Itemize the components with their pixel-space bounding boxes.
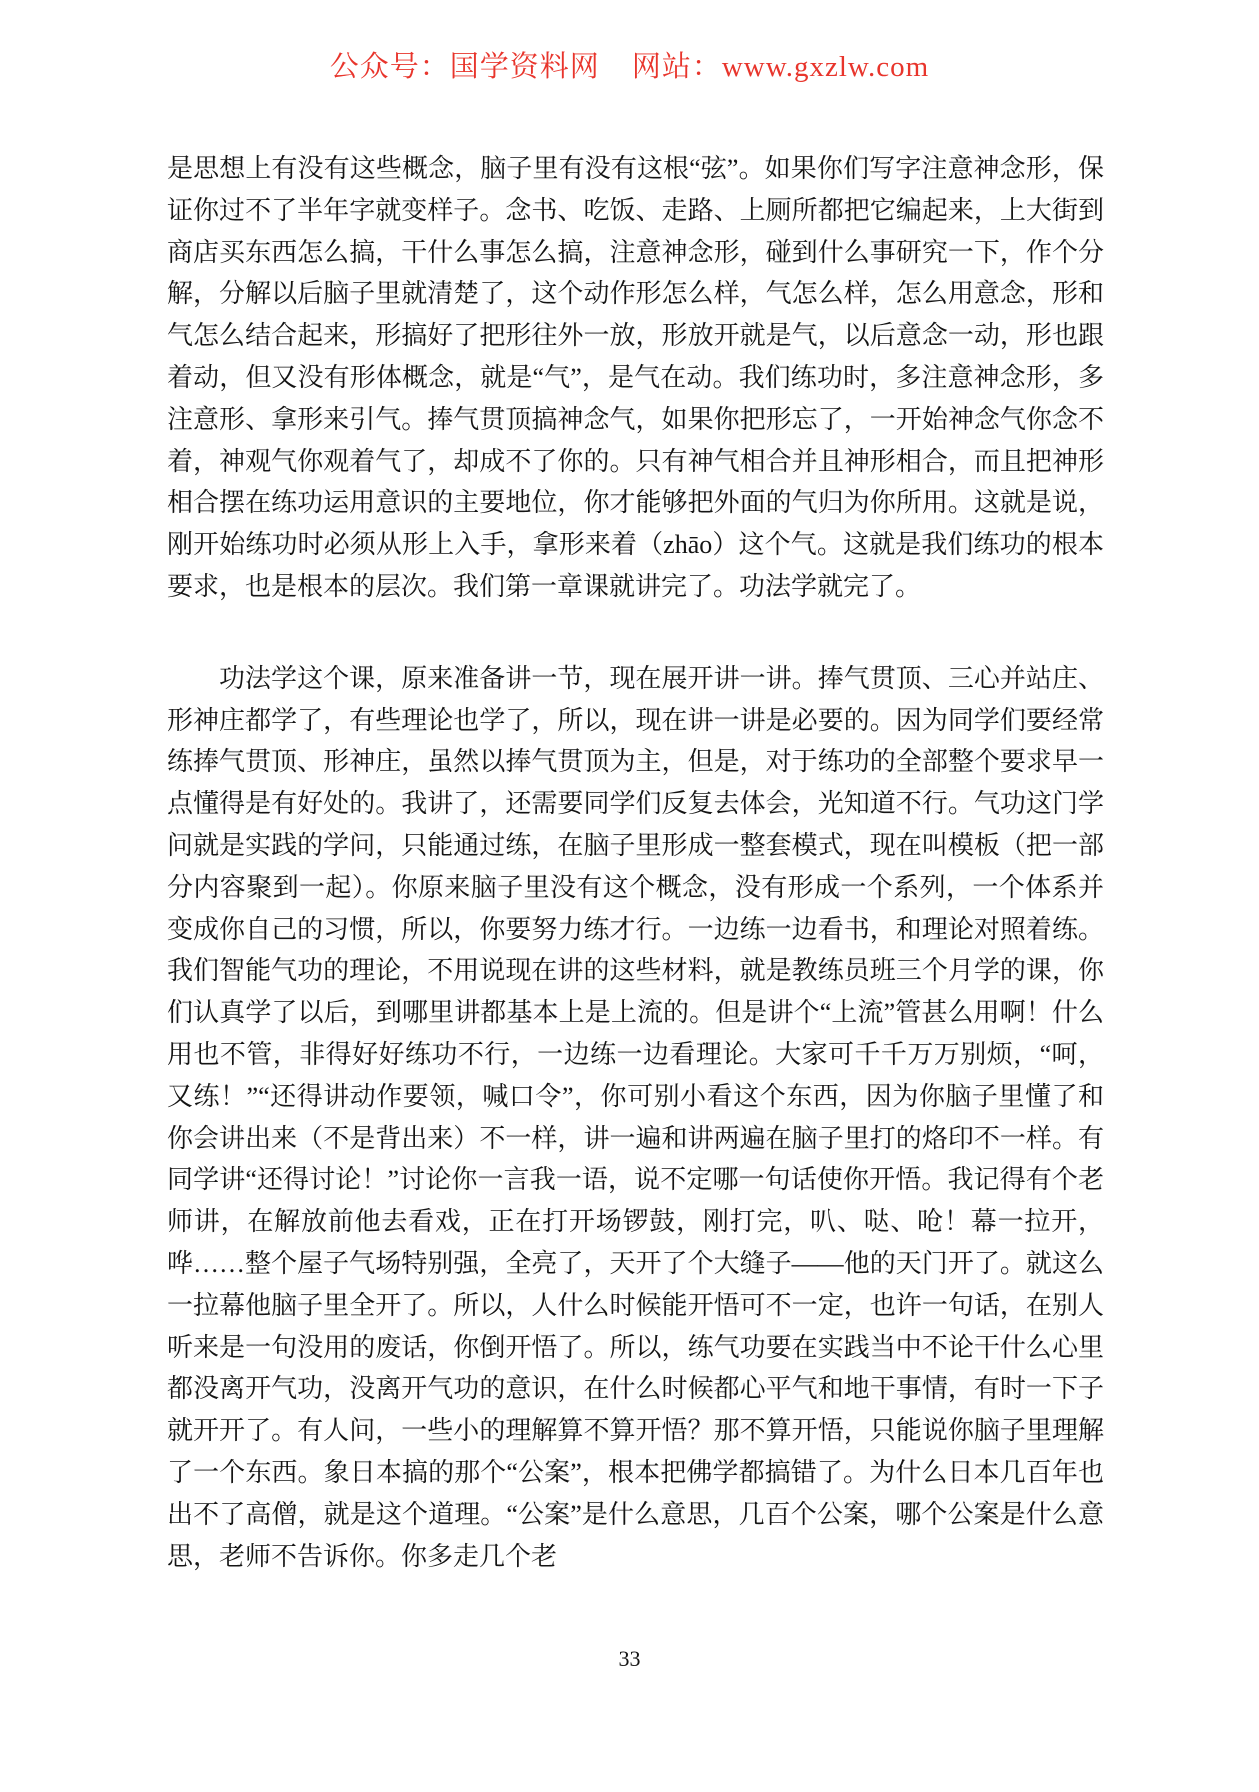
page-number: 33: [0, 1646, 1259, 1672]
paragraph-gongfaxue: 功法学这个课，原来准备讲一节，现在展开讲一讲。捧气贯顶、三心并站庄、形神庄都学了…: [167, 658, 1104, 1578]
document-page: 公众号：国学资料网网站：www.gxzlw.com 是思想上有没有这些概念，脑子…: [0, 0, 1259, 1792]
header-watermark: 公众号：国学资料网网站：www.gxzlw.com: [0, 44, 1259, 85]
header-site-label: 网站：www.gxzlw.com: [632, 51, 929, 83]
document-body: 是思想上有没有这些概念，脑子里有没有这根“弦”。如果你们写字注意神念形，保证你过…: [167, 148, 1104, 1577]
header-account-label: 公众号：国学资料网: [330, 51, 600, 83]
paragraph-continuation: 是思想上有没有这些概念，脑子里有没有这根“弦”。如果你们写字注意神念形，保证你过…: [167, 148, 1104, 608]
